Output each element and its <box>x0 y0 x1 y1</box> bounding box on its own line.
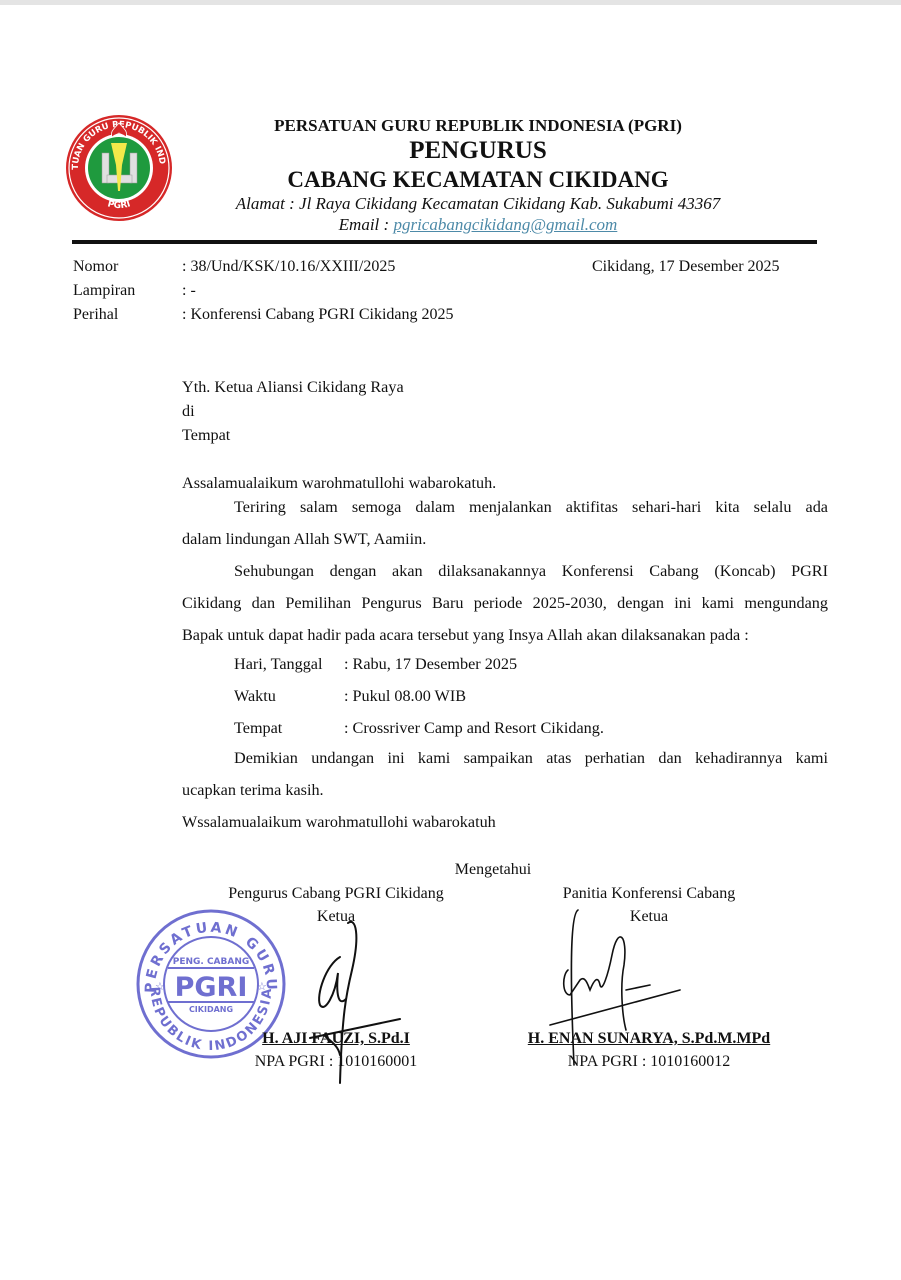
letterhead-email-line: Email : pgricabangcikidang@gmail.com <box>0 215 901 235</box>
paragraph-2-line-2: Cikidang dan Pemilihan Pengurus Baru per… <box>182 594 828 613</box>
paragraph-3-line-2: ucapkan terima kasih. <box>182 781 324 800</box>
recipient-line-3: Tempat <box>182 426 230 445</box>
left-signatory-org: Pengurus Cabang PGRI Cikidang <box>186 885 486 903</box>
paragraph-1-line-2: dalam lindungan Allah SWT, Aamiin. <box>182 530 426 549</box>
closing-greeting: Wssalamualaikum warohmatullohi wabarokat… <box>182 813 496 832</box>
right-signature-icon <box>540 905 690 1075</box>
svg-text:PGRI: PGRI <box>175 972 248 1003</box>
viewer-top-bar <box>0 0 901 5</box>
svg-text:☆: ☆ <box>257 981 267 993</box>
perihal-value: : Konferensi Cabang PGRI Cikidang 2025 <box>182 306 454 324</box>
place-date: Cikidang, 17 Desember 2025 <box>592 258 780 276</box>
letterhead-title: PENGURUS <box>0 137 901 165</box>
paragraph-3-line-1: Demikian undangan ini kami sampaikan ata… <box>234 749 828 768</box>
detail-value-date: : Rabu, 17 Desember 2025 <box>344 655 517 674</box>
acknowledged-label: Mengetahui <box>393 861 593 879</box>
perihal-label: Perihal <box>73 306 118 324</box>
right-signatory-npa: NPA PGRI : 1010160012 <box>499 1053 799 1071</box>
right-signatory-org: Panitia Konferensi Cabang <box>499 885 799 903</box>
email-link[interactable]: pgricabangcikidang@gmail.com <box>393 215 617 234</box>
right-signatory-name: H. ENAN SUNARYA, S.Pd.M.MPd <box>499 1030 799 1048</box>
letterhead-address: Alamat : Jl Raya Cikidang Kecamatan Ciki… <box>0 194 901 214</box>
left-signatory-npa: NPA PGRI : 1010160001 <box>186 1053 486 1071</box>
detail-label-date: Hari, Tanggal <box>234 655 322 674</box>
svg-text:☆: ☆ <box>155 981 165 993</box>
greeting: Assalamualaikum warohmatullohi wabarokat… <box>182 474 496 493</box>
detail-value-time: : Pukul 08.00 WIB <box>344 687 466 706</box>
nomor-value: : 38/Und/KSK/10.16/XXIII/2025 <box>182 258 395 276</box>
letterhead-divider <box>72 240 817 244</box>
paragraph-1-line-1: Teriring salam semoga dalam menjalankan … <box>234 498 828 517</box>
lampiran-label: Lampiran <box>73 282 135 300</box>
detail-label-place: Tempat <box>234 719 282 738</box>
svg-text:CIKIDANG: CIKIDANG <box>189 1005 233 1014</box>
letterhead-organization: PERSATUAN GURU REPUBLIK INDONESIA (PGRI) <box>0 116 901 136</box>
recipient-line-2: di <box>182 402 195 421</box>
detail-label-time: Waktu <box>234 687 276 706</box>
lampiran-value: : - <box>182 282 196 300</box>
svg-text:PENG. CABANG: PENG. CABANG <box>173 957 250 967</box>
paragraph-2-line-1: Sehubungan dengan akan dilaksanakannya K… <box>234 562 828 581</box>
nomor-label: Nomor <box>73 258 118 276</box>
recipient-line-1: Yth. Ketua Aliansi Cikidang Raya <box>182 378 404 397</box>
email-label: Email : <box>339 215 394 234</box>
detail-value-place: : Crossriver Camp and Resort Cikidang. <box>344 719 604 738</box>
paragraph-2-line-3: Bapak untuk dapat hadir pada acara terse… <box>182 626 749 645</box>
left-signatory-name: H. AJI FAUZI, S.Pd.I <box>186 1030 486 1048</box>
letterhead-subtitle: CABANG KECAMATAN CIKIDANG <box>0 167 901 193</box>
